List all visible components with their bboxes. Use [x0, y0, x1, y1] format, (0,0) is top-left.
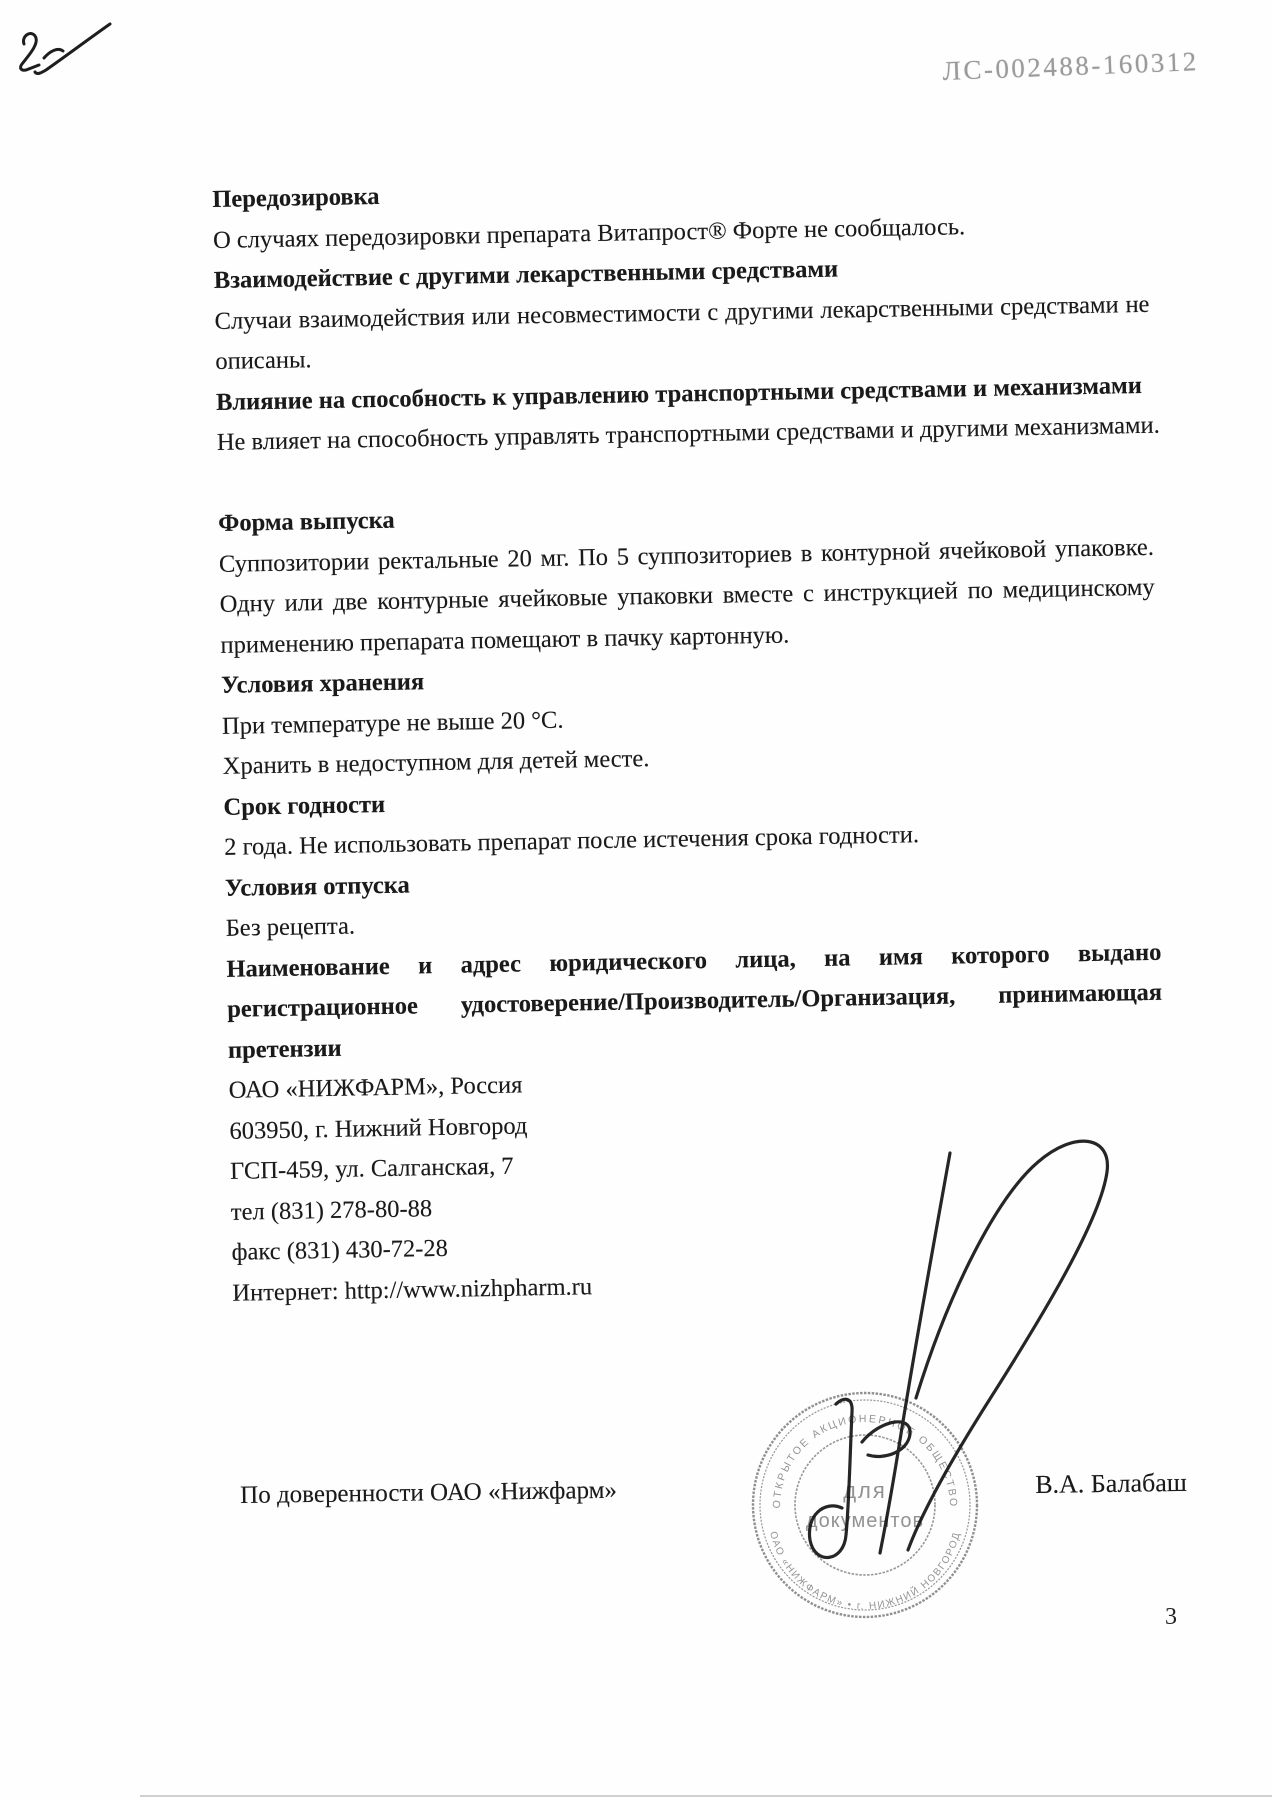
stamp-center-line2: документов	[806, 1510, 924, 1532]
handwritten-mark-27	[8, 14, 118, 94]
pen-strokes	[21, 24, 110, 73]
stamp-and-signature: ОТКРЫТОЕ АКЦИОНЕРНОЕ ОБЩЕСТВО ОАО «НИЖФА…	[700, 1100, 1160, 1620]
page-number: 3	[1165, 1604, 1177, 1631]
stamp-ring-bottom-text: ОАО «НИЖФАРМ» • г. НИЖНИЙ НОВГОРОД	[767, 1530, 963, 1612]
scan-edge-line	[140, 1795, 1272, 1797]
round-stamp: ОТКРЫТОЕ АКЦИОНЕРНОЕ ОБЩЕСТВО ОАО «НИЖФА…	[753, 1393, 977, 1617]
signer-name: В.А. Балабаш	[1035, 1468, 1187, 1500]
scanned-page: ЛС-002488-160312 ПередозировкаО случаях …	[0, 0, 1272, 1800]
registration-number: ЛС-002488-160312	[942, 46, 1199, 87]
attorney-label: По доверенности ОАО «Нижфарм»	[240, 1477, 617, 1510]
